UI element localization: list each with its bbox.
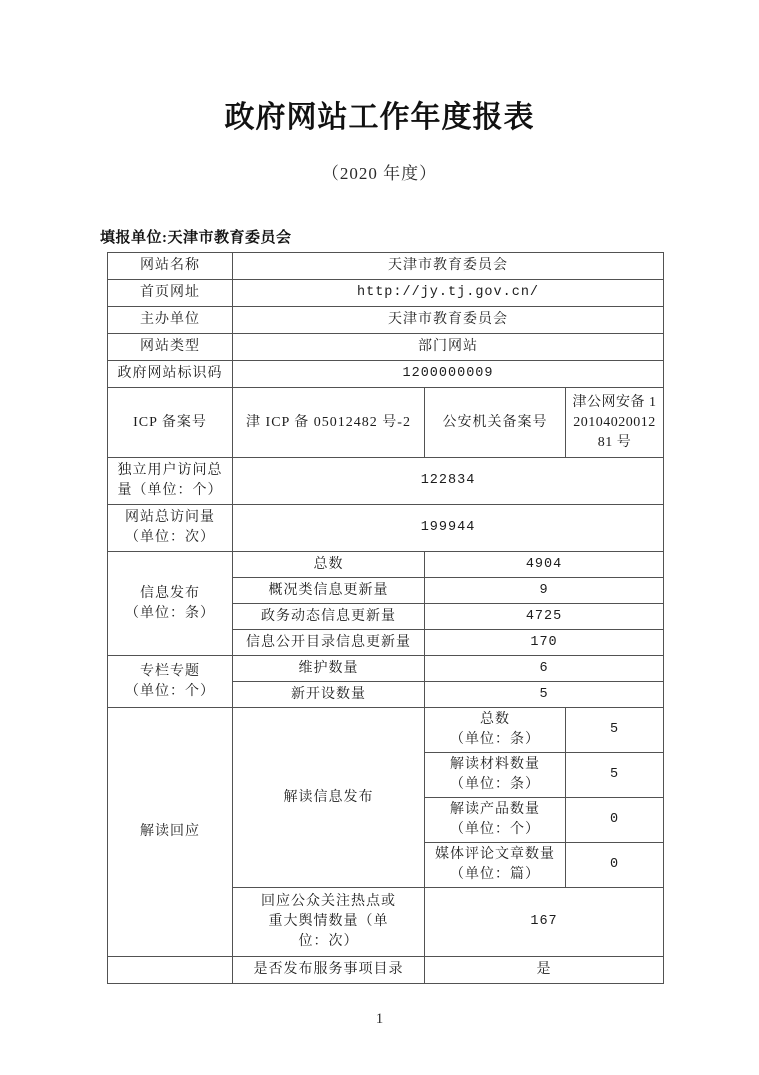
info-gov-news-value: 4725: [425, 604, 664, 630]
interpretation-group-label: 解读回应: [108, 708, 233, 957]
info-gov-news-label: 政务动态信息更新量: [233, 604, 425, 630]
interp-products-name: 解读产品数量: [430, 800, 560, 820]
empty-cell: [108, 957, 233, 984]
row-interp-total: 解读回应 解读信息发布 总数 （单位：条） 5: [108, 708, 664, 753]
interp-materials-label: 解读材料数量 （单位：条）: [425, 753, 566, 798]
row-icp: ICP 备案号 津 ICP 备 05012482 号-2 公安机关备案号 津公网…: [108, 388, 664, 458]
icp-value: 津 ICP 备 05012482 号-2: [233, 388, 425, 458]
row-home-url: 首页网址 http://jy.tj.gov.cn/: [108, 280, 664, 307]
interp-total-label: 总数 （单位：条）: [425, 708, 566, 753]
interpretation-publish-label: 解读信息发布: [233, 708, 425, 888]
info-overview-label: 概况类信息更新量: [233, 578, 425, 604]
info-publish-group-unit: （单位：条）: [113, 604, 227, 624]
info-overview-value: 9: [425, 578, 664, 604]
site-name-label: 网站名称: [108, 253, 233, 280]
row-service-catalog: 是否发布服务事项目录 是: [108, 957, 664, 984]
total-visits-value: 199944: [233, 505, 664, 552]
police-record-label: 公安机关备案号: [425, 388, 566, 458]
media-comments-unit: （单位：篇）: [430, 865, 560, 885]
info-total-label: 总数: [233, 552, 425, 578]
special-columns-group-name: 专栏专题: [113, 662, 227, 682]
info-total-value: 4904: [425, 552, 664, 578]
site-type-value: 部门网站: [233, 334, 664, 361]
row-total-visits: 网站总访问量（单位：次） 199944: [108, 505, 664, 552]
unique-visitors-value: 122834: [233, 458, 664, 505]
info-disclosure-label: 信息公开目录信息更新量: [233, 630, 425, 656]
row-site-type: 网站类型 部门网站: [108, 334, 664, 361]
media-comments-value: 0: [566, 843, 664, 888]
police-record-value: 津公网安备 12010402001281 号: [566, 388, 664, 458]
info-disclosure-value: 170: [425, 630, 664, 656]
report-page: 政府网站工作年度报表 （2020 年度） 填报单位:天津市教育委员会 网站名称 …: [0, 0, 759, 1075]
interp-total-unit: （单位：条）: [430, 730, 560, 750]
service-catalog-label: 是否发布服务事项目录: [233, 957, 425, 984]
interp-total-value: 5: [566, 708, 664, 753]
info-publish-group-name: 信息发布: [113, 584, 227, 604]
total-visits-label: 网站总访问量（单位：次）: [108, 505, 233, 552]
special-columns-group-unit: （单位：个）: [113, 682, 227, 702]
columns-new-label: 新开设数量: [233, 682, 425, 708]
columns-new-value: 5: [425, 682, 664, 708]
hot-response-label: 回应公众关注热点或重大舆情数量（单位：次）: [233, 888, 425, 957]
interp-total-name: 总数: [430, 710, 560, 730]
media-comments-label: 媒体评论文章数量 （单位：篇）: [425, 843, 566, 888]
site-type-label: 网站类型: [108, 334, 233, 361]
service-catalog-value: 是: [425, 957, 664, 984]
interp-materials-unit: （单位：条）: [430, 775, 560, 795]
page-number: 1: [0, 1010, 759, 1028]
interp-products-value: 0: [566, 798, 664, 843]
home-url-label: 首页网址: [108, 280, 233, 307]
columns-maintained-value: 6: [425, 656, 664, 682]
sponsor-label: 主办单位: [108, 307, 233, 334]
media-comments-name: 媒体评论文章数量: [430, 845, 560, 865]
hot-response-name: 回应公众关注热点或重大舆情数量（单位：次）: [255, 892, 403, 952]
row-site-name: 网站名称 天津市教育委员会: [108, 253, 664, 280]
interp-products-unit: （单位：个）: [430, 820, 560, 840]
info-publish-group-label: 信息发布 （单位：条）: [108, 552, 233, 656]
row-site-code: 政府网站标识码 1200000009: [108, 361, 664, 388]
site-code-label: 政府网站标识码: [108, 361, 233, 388]
interp-products-label: 解读产品数量 （单位：个）: [425, 798, 566, 843]
site-code-value: 1200000009: [233, 361, 664, 388]
interp-materials-name: 解读材料数量: [430, 755, 560, 775]
special-columns-group-label: 专栏专题 （单位：个）: [108, 656, 233, 708]
row-columns-maintained: 专栏专题 （单位：个） 维护数量 6: [108, 656, 664, 682]
hot-response-value: 167: [425, 888, 664, 957]
page-title: 政府网站工作年度报表: [0, 0, 759, 136]
site-name-value: 天津市教育委员会: [233, 253, 664, 280]
row-info-total: 信息发布 （单位：条） 总数 4904: [108, 552, 664, 578]
columns-maintained-label: 维护数量: [233, 656, 425, 682]
reporting-unit: 填报单位:天津市教育委员会: [100, 228, 759, 248]
interp-materials-value: 5: [566, 753, 664, 798]
page-subtitle: （2020 年度）: [0, 163, 759, 184]
icp-label: ICP 备案号: [108, 388, 233, 458]
home-url-value: http://jy.tj.gov.cn/: [233, 280, 664, 307]
sponsor-value: 天津市教育委员会: [233, 307, 664, 334]
report-table: 网站名称 天津市教育委员会 首页网址 http://jy.tj.gov.cn/ …: [107, 252, 664, 984]
unique-visitors-label: 独立用户访问总量（单位：个）: [108, 458, 233, 505]
row-unique-visitors: 独立用户访问总量（单位：个） 122834: [108, 458, 664, 505]
row-sponsor: 主办单位 天津市教育委员会: [108, 307, 664, 334]
